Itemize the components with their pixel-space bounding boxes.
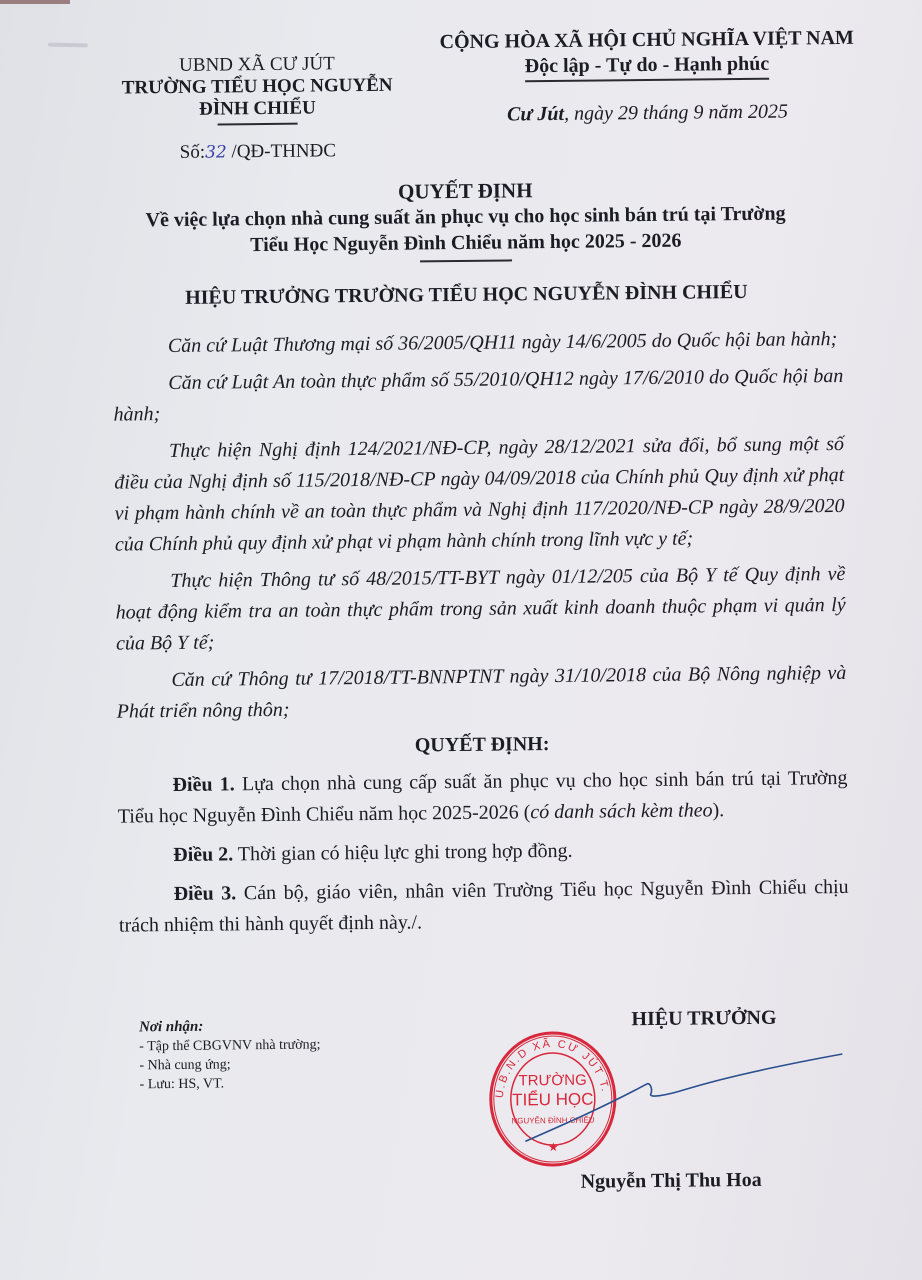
article-tail: ). xyxy=(712,799,724,821)
recipients-block: Nơi nhận: - Tập thể CBGVNV nhà trường; -… xyxy=(139,1016,400,1095)
title-underline xyxy=(420,259,512,262)
school-name-line2: ĐÌNH CHIỂU xyxy=(112,97,402,122)
legal-basis-item: Thực hiện Nghị định 124/2021/NĐ-CP, ngày… xyxy=(114,429,845,561)
doc-number-handwritten: 32 xyxy=(205,142,227,162)
article-text: Thời gian có hiệu lực ghi trong hợp đồng… xyxy=(233,840,573,866)
article-label: Điều 2. xyxy=(173,843,233,866)
legal-basis-list: Căn cứ Luật Thương mại số 36/2005/QH11 n… xyxy=(113,324,847,728)
agency-name: UBND XÃ CƯ JÚT xyxy=(112,53,402,78)
decision-heading: QUYẾT ĐỊNH: xyxy=(117,726,847,765)
article-2: Điều 2. Thời gian có hiệu lực ghi trong … xyxy=(118,833,848,872)
article-italic: có danh sách kèm theo xyxy=(530,799,712,823)
legal-basis-item: Thực hiện Thông tư số 48/2015/TT-BYT ngà… xyxy=(115,559,846,660)
legal-basis-item: Căn cứ Luật Thương mại số 36/2005/QH11 n… xyxy=(113,324,843,363)
place: Cư Jút xyxy=(507,103,564,126)
signer-name: Nguyễn Thị Thu Hoa xyxy=(581,1169,762,1194)
article-1: Điều 1. Lựa chọn nhà cung cấp suất ăn ph… xyxy=(117,763,848,833)
place-date: Cư Jút, ngày 29 tháng 9 năm 2025 xyxy=(412,99,882,129)
legal-basis-item: Căn cứ Luật An toàn thực phẩm số 55/2010… xyxy=(113,361,844,431)
issuing-authority-title: HIỆU TRƯỞNG TRƯỜNG TIỂU HỌC NGUYỄN ĐÌNH … xyxy=(106,280,826,311)
national-header-block: CỘNG HÒA XÃ HỘI CHỦ NGHĨA VIỆT NAM Độc l… xyxy=(412,26,883,129)
national-motto: Độc lập - Tự do - Hạnh phúc xyxy=(525,52,770,83)
article-label: Điều 3. xyxy=(174,882,237,905)
document-page: UBND XÃ CƯ JÚT TRƯỜNG TIỂU HỌC NGUYỄN ĐÌ… xyxy=(0,0,922,1280)
legal-basis-item: Căn cứ Thông tư 17/2018/TT-BNNPTNT ngày … xyxy=(116,658,847,728)
recipient-item: - Lưu: HS, VT. xyxy=(140,1073,400,1095)
document-number: Số:32 /QĐ-THNĐC xyxy=(113,140,403,165)
nation-name: CỘNG HÒA XÃ HỘI CHỦ NGHĨA VIỆT NAM xyxy=(412,26,882,56)
doc-number-suffix: /QĐ-THNĐC xyxy=(227,140,336,162)
doc-number-prefix: Số: xyxy=(180,142,206,163)
decision-title-block: QUYẾT ĐỊNH Về việc lựa chọn nhà cung suấ… xyxy=(85,174,846,266)
signature-icon xyxy=(524,1046,845,1149)
issuing-authority-block: UBND XÃ CƯ JÚT TRƯỜNG TIỂU HỌC NGUYỄN ĐÌ… xyxy=(112,53,403,165)
document-body: Căn cứ Luật Thương mại số 36/2005/QH11 n… xyxy=(113,324,849,950)
school-name-line1: TRƯỜNG TIỂU HỌC NGUYỄN xyxy=(112,75,402,100)
date: , ngày 29 tháng 9 năm 2025 xyxy=(564,101,788,125)
header-underline xyxy=(218,123,298,126)
article-3: Điều 3. Cán bộ, giáo viên, nhân viên Trư… xyxy=(118,872,849,942)
article-label: Điều 1. xyxy=(172,773,234,796)
